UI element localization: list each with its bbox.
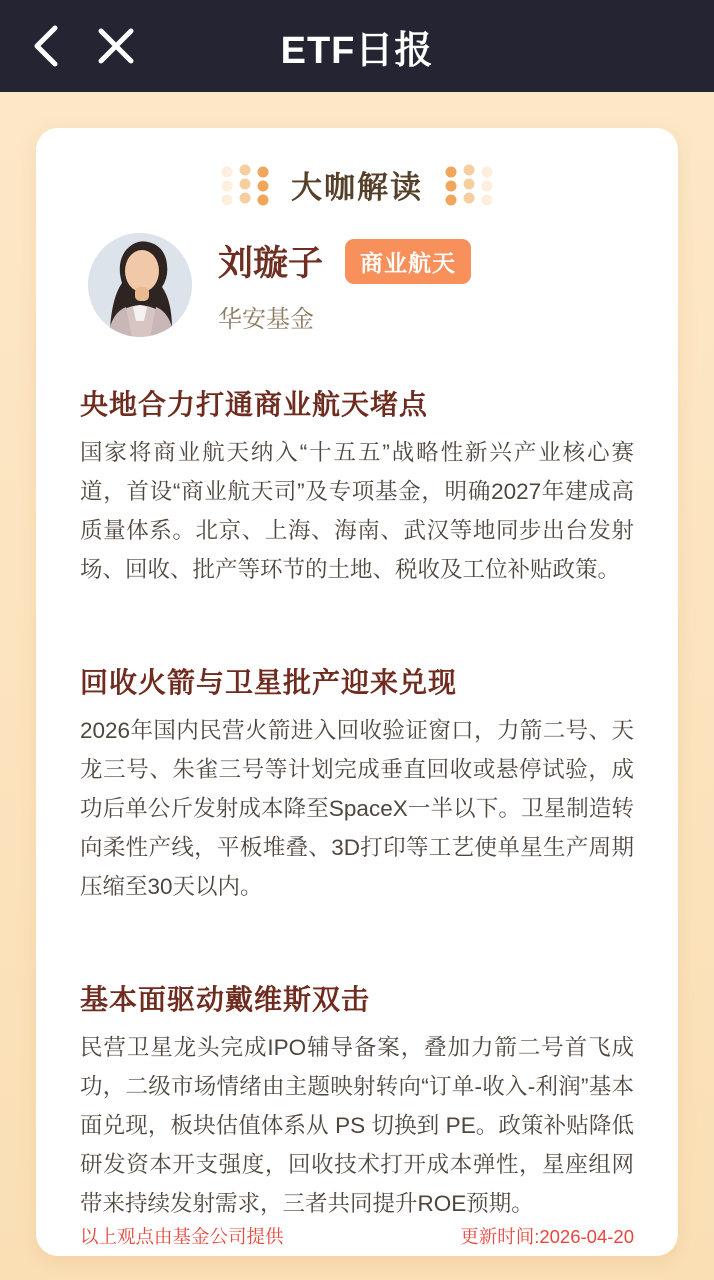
disclaimer-text: 以上观点由基金公司提供 bbox=[80, 1223, 284, 1249]
back-button[interactable] bbox=[22, 22, 70, 70]
section-body: 国家将商业航天纳入“十五五”战略性新兴产业核心赛道，首设“商业航天司”及专项基金… bbox=[80, 433, 634, 589]
section-body: 民营卫星龙头完成IPO辅导备案，叠加力箭二号首飞成功，二级市场情绪由主题映射转向… bbox=[80, 1028, 634, 1223]
analyst-name-row: 刘璇子 商业航天 bbox=[218, 236, 471, 286]
dots-decoration-right-icon bbox=[443, 163, 495, 207]
section-heading: 回收火箭与卫星批产迎来兑现 bbox=[80, 661, 634, 701]
avatar-portrait-graphic bbox=[88, 233, 192, 337]
analyst-topic-badge: 商业航天 bbox=[345, 239, 471, 284]
navbar: ETF日报 bbox=[0, 0, 714, 92]
update-time-text: 更新时间:2026-04-20 bbox=[460, 1223, 634, 1249]
close-x-icon bbox=[97, 27, 135, 65]
insight-card: 大咖解读 bbox=[36, 128, 678, 1256]
analyst-profile: 刘璇子 商业航天 华安基金 bbox=[80, 233, 634, 337]
analyst-company: 华安基金 bbox=[218, 299, 471, 334]
section-heading: 央地合力打通商业航天堵点 bbox=[80, 383, 634, 423]
page-body: 大咖解读 bbox=[0, 92, 714, 1280]
close-button[interactable] bbox=[92, 22, 140, 70]
article-section-3: 基本面驱动戴维斯双击 民营卫星龙头完成IPO辅导备案，叠加力箭二号首飞成功，二级… bbox=[80, 978, 634, 1223]
card-section-title: 大咖解读 bbox=[291, 162, 423, 207]
card-footer: 以上观点由基金公司提供 更新时间:2026-04-20 bbox=[80, 1223, 634, 1249]
card-title-row: 大咖解读 bbox=[80, 162, 634, 207]
analyst-name: 刘璇子 bbox=[218, 236, 323, 286]
section-body: 2026年国内民营火箭进入回收验证窗口，力箭二号、天龙三号、朱雀三号等计划完成垂… bbox=[80, 711, 634, 906]
avatar bbox=[88, 233, 192, 337]
section-heading: 基本面驱动戴维斯双击 bbox=[80, 978, 634, 1018]
dots-decoration-left-icon bbox=[219, 163, 271, 207]
article-section-2: 回收火箭与卫星批产迎来兑现 2026年国内民营火箭进入回收验证窗口，力箭二号、天… bbox=[80, 661, 634, 906]
analyst-info: 刘璇子 商业航天 华安基金 bbox=[218, 236, 471, 334]
article-section-1: 央地合力打通商业航天堵点 国家将商业航天纳入“十五五”战略性新兴产业核心赛道，首… bbox=[80, 383, 634, 589]
etf-daily-screen: ETF日报 大咖解读 bbox=[0, 0, 714, 1280]
back-chevron-icon bbox=[31, 24, 61, 68]
